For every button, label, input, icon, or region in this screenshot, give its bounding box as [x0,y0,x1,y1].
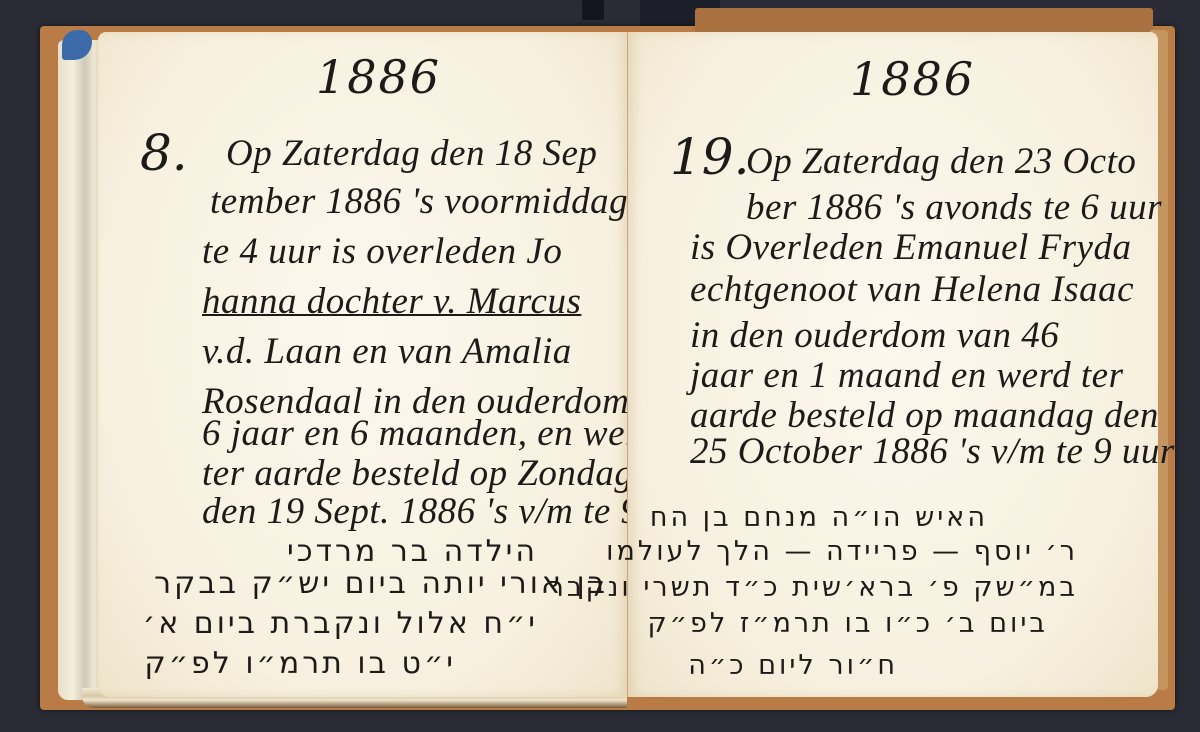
right-entry-number: 19. [670,128,750,186]
right-dutch-line: Op Zaterdag den 23 Octo [746,140,1136,183]
right-hebrew-line: האיש הו״ה מנחם בן הח [650,502,988,533]
left-hebrew-line: הילדה בר מרדכי [287,534,538,569]
left-hebrew-line: י״ט בו תרמ״ו לפ״ק [144,646,456,681]
book-clip [582,0,604,20]
left-dutch-line: ter aarde besteld op Zondag [202,452,633,495]
right-dutch-line: jaar en 1 maand en werd ter [690,354,1123,397]
left-dutch-line: tember 1886 's voormiddags [210,180,643,223]
right-hebrew-line: ח״ור ליום כ״ה [688,650,898,681]
left-entry-number: 8. [140,124,188,182]
right-dutch-line: 25 October 1886 's v/m te 9 uur [690,430,1175,473]
right-page: 1886 19. Op Zaterdag den 23 Octo ber 188… [628,32,1158,697]
right-page-year: 1886 [850,52,975,106]
right-dutch-line: is Overleden Emanuel Fryda [690,226,1131,269]
left-dutch-line: v.d. Laan en van Amalia [202,330,572,373]
right-hebrew-line: במ״שק פ׳ ברא׳שית כ״ד תשרי ונקבר [549,572,1078,603]
left-hebrew-line: י״ח אלול ונקברת ביום א׳ [143,606,538,641]
right-hebrew-line: ר׳ יוסף — פריידה — הלך לעולמו [606,536,1078,567]
left-dutch-line: 6 jaar en 6 maanden, en werd [202,412,658,455]
left-dutch-line: hanna dochter v. Marcus [202,280,581,323]
right-dutch-line: echtgenoot van Helena Isaac [690,268,1134,311]
left-dutch-line: te 4 uur is overleden Jo [202,230,562,273]
right-dutch-line: in den ouderdom van 46 [690,314,1059,357]
left-hebrew-line: בן אורי יותה ביום יש״ק בבקר [154,566,608,601]
left-page-year: 1886 [316,50,441,104]
left-dutch-line: Op Zaterdag den 18 Sep [226,132,597,175]
right-dutch-line: ber 1886 's avonds te 6 uur [746,186,1162,229]
right-hebrew-line: ביום ב׳ כ״ו בו תרמ״ז לפ״ק [647,608,1048,639]
book-cover-top-edge [695,8,1153,34]
